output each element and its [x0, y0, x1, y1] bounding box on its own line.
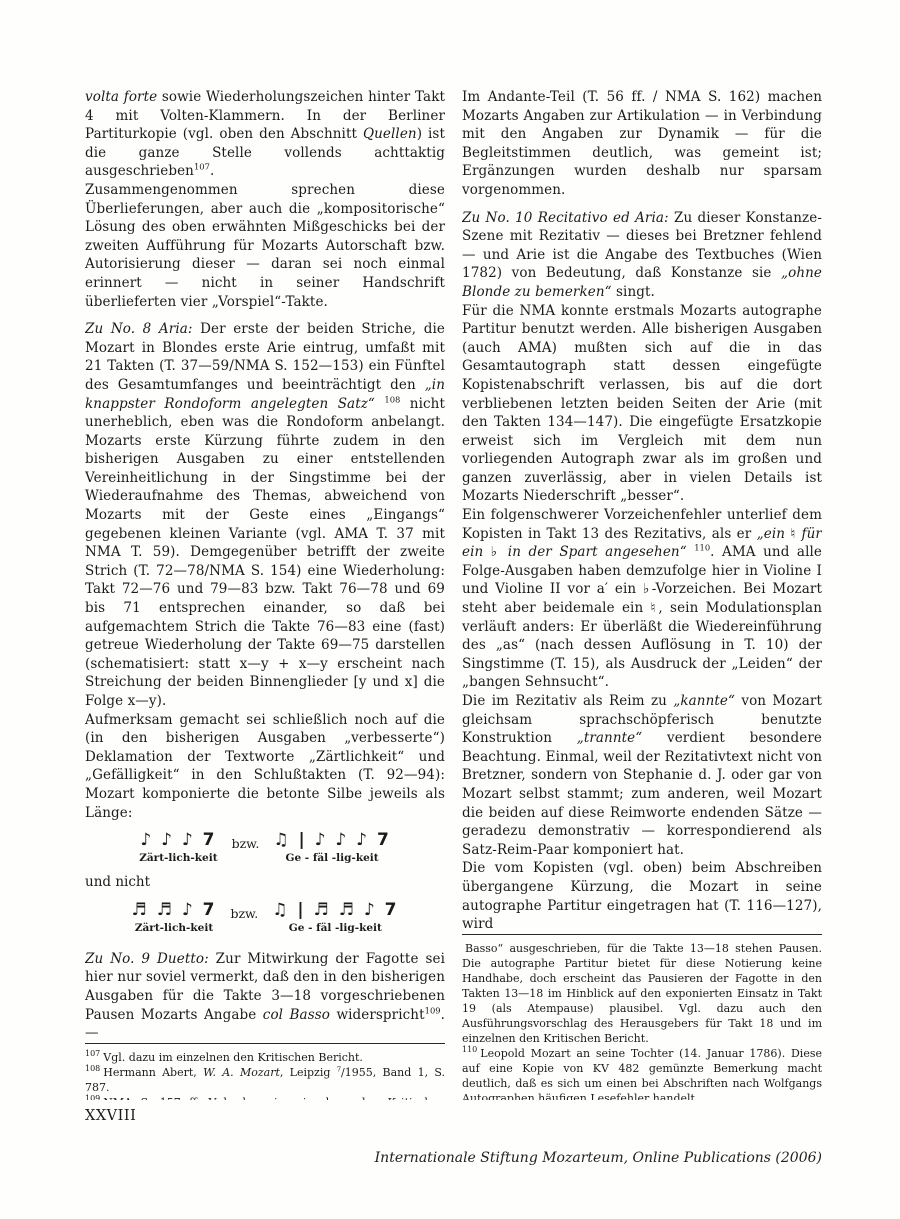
left-column: volta forte sowie Wiederholungszeichen h…: [85, 88, 445, 1100]
music-lyrics: Zärt-lich-keit: [139, 852, 217, 865]
paragraph-zu-no-10-recitativo: Zu No. 10 Recitativo ed Aria: Zu dieser …: [462, 209, 822, 302]
paragraph: Für die NMA konnte erstmals Mozarts auto…: [462, 302, 822, 507]
music-notes: ♬ ♬ ♪ 7: [132, 900, 217, 920]
paragraph: Im Andante-Teil (T. 56 ff. / NMA S. 162)…: [462, 88, 822, 200]
paragraph: Ein folgenschwerer Vorzeichenfehler unte…: [462, 506, 822, 692]
footnote-text: NMA S. 157 ff. Vgl. dazu im einzelnen de…: [85, 1096, 445, 1100]
bzw-label: bzw.: [232, 836, 260, 865]
paragraph: Aufmerksam gemacht sei schließlich noch …: [85, 711, 445, 823]
paragraph-zu-no-8-aria: Zu No. 8 Aria: Der erste der beiden Stri…: [85, 320, 445, 710]
music-group-zaertlichkeit: ♪ ♪ ♪ 7 Zärt-lich-keit: [139, 830, 217, 865]
music-lyrics: Zärt-lich-keit: [132, 922, 217, 935]
footnote-text: Basso“ ausgeschrieben, für die Takte 13—…: [462, 942, 822, 1045]
footnote-separator: [462, 934, 822, 935]
music-notes: ♫ | ♪ ♪ ♪ 7: [273, 830, 390, 850]
music-notes: ♪ ♪ ♪ 7: [139, 830, 217, 850]
right-footnotes: Basso“ ausgeschrieben, für die Takte 13—…: [462, 934, 822, 1100]
music-notes: ♫ | ♬ ♬ ♪ 7: [272, 900, 398, 920]
paragraph: Die vom Kopisten (vgl. oben) beim Abschr…: [462, 859, 822, 933]
music-lyrics: Ge - fäl -lig-keit: [272, 922, 398, 935]
right-column: Im Andante-Teil (T. 56 ff. / NMA S. 162)…: [462, 88, 822, 1100]
paragraph: Zusammengenommen sprechen diese Überlief…: [85, 181, 445, 311]
paragraph: volta forte sowie Wiederholungszeichen h…: [85, 88, 445, 181]
footnote-text: Leopold Mozart an seine Tochter (14. Jan…: [462, 1047, 822, 1100]
footer-credit: Internationale Stiftung Mozarteum, Onlin…: [375, 1150, 822, 1166]
music-lyrics: Ge - fäl -lig-keit: [273, 852, 390, 865]
music-group-gefaelligkeit: ♫ | ♬ ♬ ♪ 7 Ge - fäl -lig-keit: [272, 900, 398, 935]
und-nicht-line: und nicht: [85, 873, 445, 892]
music-example-incorrect: ♬ ♬ ♪ 7 Zärt-lich-keit bzw. ♫ | ♬ ♬ ♪ 7 …: [85, 900, 445, 935]
footnote-number: 108: [85, 1064, 100, 1073]
left-footnotes: 107Vgl. dazu im einzelnen den Kritischen…: [85, 1043, 445, 1100]
footnote-text: Vgl. dazu im einzelnen den Kritischen Be…: [103, 1051, 363, 1064]
music-group-gefaelligkeit: ♫ | ♪ ♪ ♪ 7 Ge - fäl -lig-keit: [273, 830, 390, 865]
footnote-number: 109: [85, 1094, 100, 1100]
paragraph-zu-no-9-duetto: Zu No. 9 Duetto: Zur Mitwirkung der Fago…: [85, 950, 445, 1043]
footnote-separator: [85, 1043, 445, 1044]
footnote-109-continuation: Basso“ ausgeschrieben, für die Takte 13—…: [462, 941, 822, 1046]
footnote-108: 108Hermann Abert, W. A. Mozart, Leipzig …: [85, 1065, 445, 1095]
paragraph: Die im Rezitativ als Reim zu „kannte“ vo…: [462, 692, 822, 859]
two-column-text-area: volta forte sowie Wiederholungszeichen h…: [85, 88, 822, 1100]
footnote-text: Hermann Abert, W. A. Mozart, Leipzig 7/1…: [85, 1066, 445, 1094]
footnote-109: 109NMA S. 157 ff. Vgl. dazu im einzelnen…: [85, 1095, 445, 1100]
music-example-correct: ♪ ♪ ♪ 7 Zärt-lich-keit bzw. ♫ | ♪ ♪ ♪ 7 …: [85, 830, 445, 865]
bzw-label: bzw.: [230, 906, 258, 935]
footnote-107: 107Vgl. dazu im einzelnen den Kritischen…: [85, 1050, 445, 1065]
footnote-110: 110Leopold Mozart an seine Tochter (14. …: [462, 1046, 822, 1100]
music-group-zaertlichkeit: ♬ ♬ ♪ 7 Zärt-lich-keit: [132, 900, 217, 935]
footnote-number: 110: [462, 1045, 477, 1054]
footnote-number: 107: [85, 1049, 100, 1058]
scanned-document-page: volta forte sowie Wiederholungszeichen h…: [0, 0, 900, 1219]
page-number: XXVIII: [85, 1108, 136, 1124]
